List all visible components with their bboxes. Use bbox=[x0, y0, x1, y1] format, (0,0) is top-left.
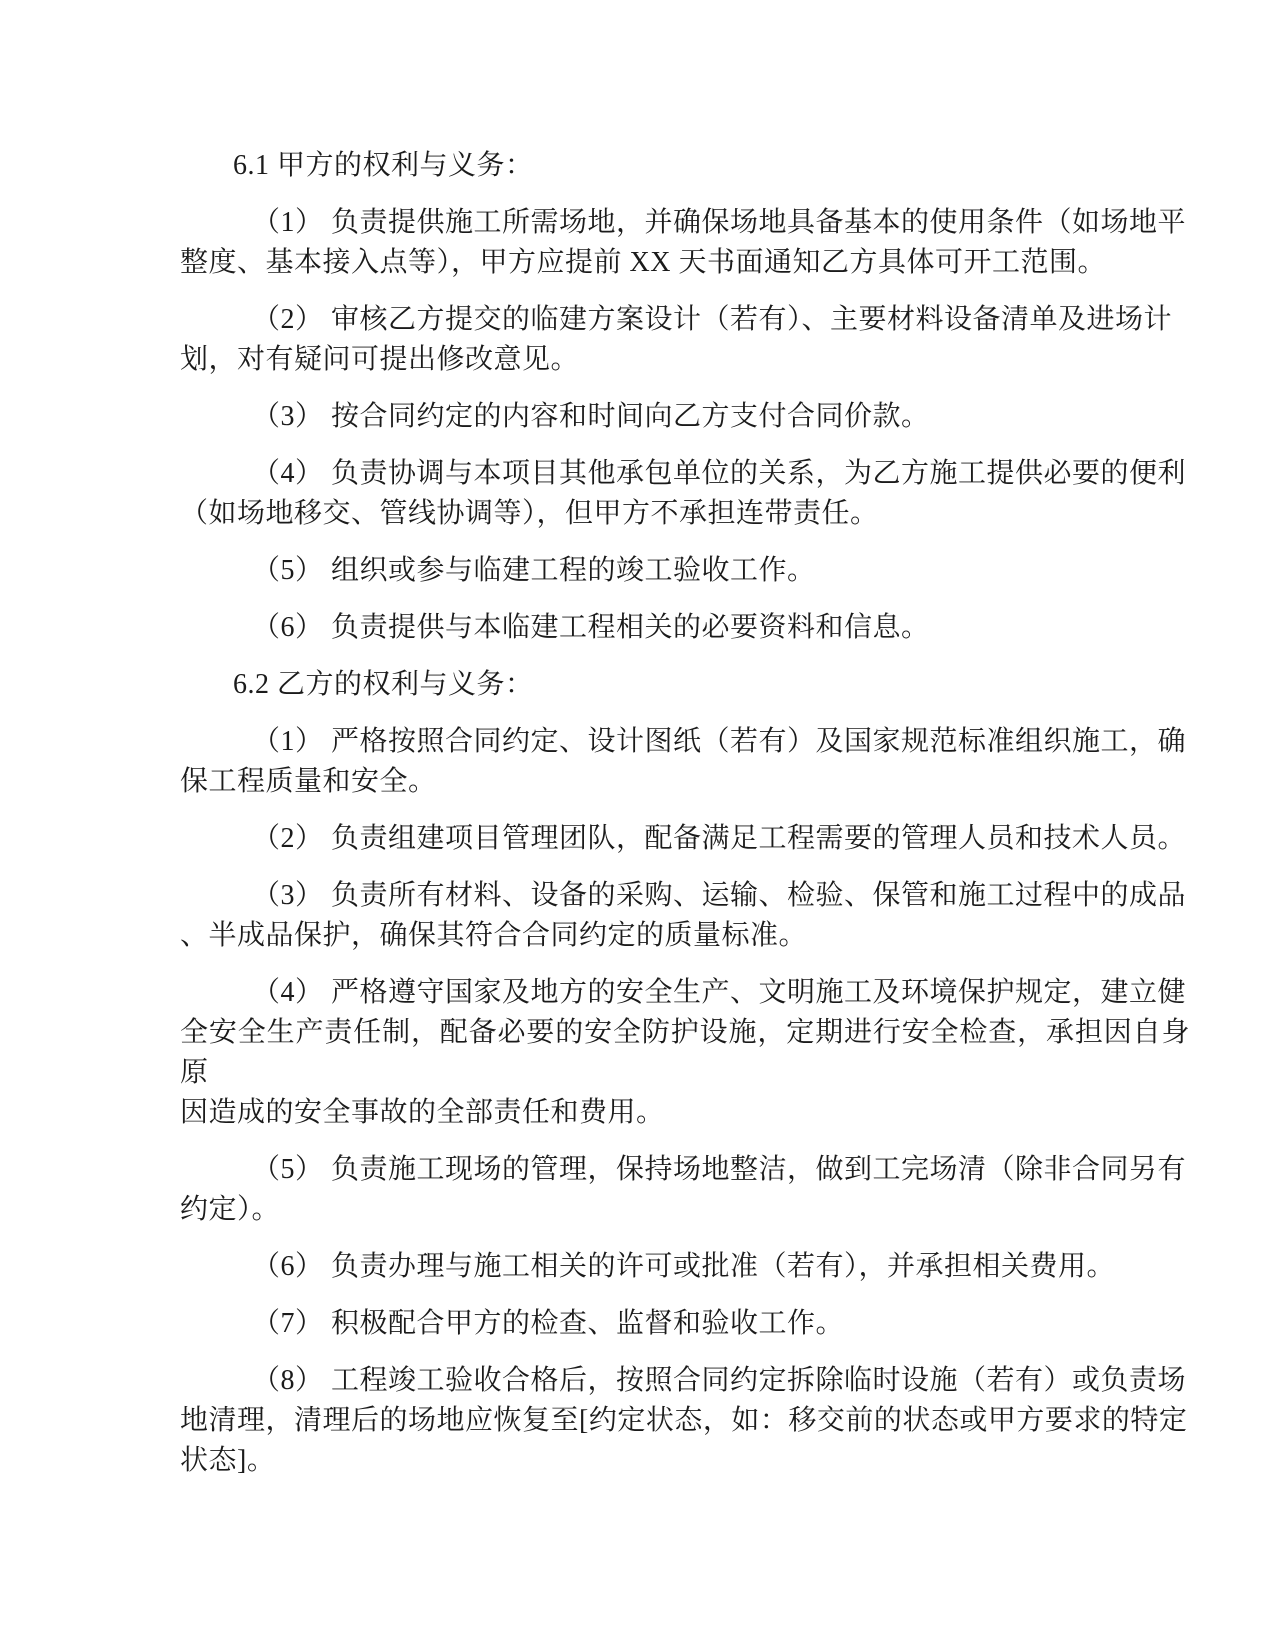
clause-6-2-item-8: （8） 工程竣工验收合格后，按照合同约定拆除临时设施（若有）或负责场 地清理，清… bbox=[180, 1361, 1190, 1481]
clause-6-2-item-1: （1） 严格按照合同约定、设计图纸（若有）及国家规范标准组织施工，确 保工程质量… bbox=[180, 722, 1190, 802]
clause-6-1-item-4: （4） 负责协调与本项目其他承包单位的关系，为乙方施工提供必要的便利 （如场地移… bbox=[180, 454, 1190, 534]
clause-6-1-item-1: （1） 负责提供施工所需场地，并确保场地具备基本的使用条件（如场地平 整度、基本… bbox=[180, 203, 1190, 283]
clause-6-2-item-3: （3） 负责所有材料、设备的采购、运输、检验、保管和施工过程中的成品 、半成品保… bbox=[180, 876, 1190, 956]
clause-6-2-item-5: （5） 负责施工现场的管理，保持场地整洁，做到工完场清（除非合同另有 约定）。 bbox=[180, 1150, 1190, 1230]
clause-6-1-item-3: （3） 按合同约定的内容和时间向乙方支付合同价款。 bbox=[180, 397, 1190, 437]
contract-clauses: 6.1 甲方的权利与义务： （1） 负责提供施工所需场地，并确保场地具备基本的使… bbox=[180, 146, 1190, 1481]
clause-6-1-item-5: （5） 组织或参与临建工程的竣工验收工作。 bbox=[180, 551, 1190, 591]
clause-6-2-item-6: （6） 负责办理与施工相关的许可或批准（若有），并承担相关费用。 bbox=[180, 1247, 1190, 1287]
clause-6-1-item-6: （6） 负责提供与本临建工程相关的必要资料和信息。 bbox=[180, 608, 1190, 648]
clause-6-2-item-7: （7） 积极配合甲方的检查、监督和验收工作。 bbox=[180, 1304, 1190, 1344]
clause-6-2-item-2: （2） 负责组建项目管理团队，配备满足工程需要的管理人员和技术人员。 bbox=[180, 819, 1190, 859]
clause-heading-6-2: 6.2 乙方的权利与义务： bbox=[180, 665, 1190, 705]
document-page: 6.1 甲方的权利与义务： （1） 负责提供施工所需场地，并确保场地具备基本的使… bbox=[0, 0, 1275, 1650]
clause-heading-6-1: 6.1 甲方的权利与义务： bbox=[180, 146, 1190, 186]
clause-6-2-item-4: （4） 严格遵守国家及地方的安全生产、文明施工及环境保护规定，建立健 全安全生产… bbox=[180, 973, 1190, 1133]
clause-6-1-item-2: （2） 审核乙方提交的临建方案设计（若有）、主要材料设备清单及进场计 划，对有疑… bbox=[180, 300, 1190, 380]
